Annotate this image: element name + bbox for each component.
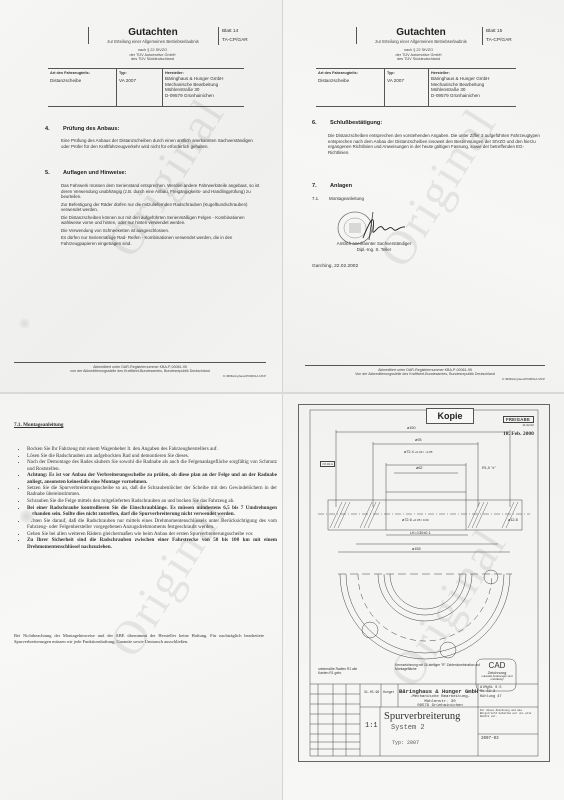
marking-note: Kennzeichnung mit 16-stelliger "R" Zahle… xyxy=(395,663,481,671)
titleblock-company: Bäringhaus & Hunger GmbH xyxy=(399,688,478,695)
sheet-info: Blatt 14 TA-CP/GAR xyxy=(218,27,248,45)
montage-step: Nach der Demontage des Rades säubern Sie… xyxy=(27,459,277,471)
dim-d72-6: ø72.6 +0.05 / 0.00 xyxy=(402,518,429,522)
section-7-item: 7.1.Montageanleitung xyxy=(312,196,512,202)
liability-note: Bei Nichtbeachtung der Montagehinweise u… xyxy=(14,633,264,644)
section-5-text: Das Fahrwerk müssen dem Serienstand ents… xyxy=(61,183,261,248)
titleblock-address: -Mechanische Bearbeitung- Mühlenstr. 30 … xyxy=(402,695,478,709)
part-spec-table-15: Art des Fahrzeugteils: Distanzscheibe Ty… xyxy=(316,68,516,107)
report-title: Gutachten xyxy=(89,27,217,38)
montage-step: Gehen Sie bei allen weiteren Rädern glei… xyxy=(27,531,277,537)
section-7-heading: 7.Anlagen xyxy=(312,183,352,189)
approval-stamp: FREIGABE 11.02.02 18. Feb. 2000 xyxy=(503,416,534,437)
copy-stamp: Kopie xyxy=(426,408,474,424)
surface-note: unbemaßte Radien R1 alle Kanten R1 gebr. xyxy=(318,667,368,675)
section-4-heading: 4.Prüfung des Anbaus: xyxy=(45,126,119,132)
legal-basis: nach § 22 StVZO der TÜV Automotive GmbH … xyxy=(90,48,215,62)
report-subtitle: zur Erteilung einer Allgemeinen Betriebs… xyxy=(89,39,217,44)
titleblock-material: AlMgSi 0.5 St 52-3 Kühlung 47 xyxy=(480,686,502,699)
report-header: Gutachten zur Erteilung einer Allgemeine… xyxy=(88,27,217,44)
place-and-date: Garching, 22.02.2002 xyxy=(312,264,512,270)
dim-d150: ø150 xyxy=(407,426,416,430)
titleblock-scale: 1:1 xyxy=(365,722,378,730)
cad-box: CAD Zeichnung manuelle Änderungen sind u… xyxy=(478,661,516,681)
montage-step: Setzen Sie die Spurverbreiterungsscheibe… xyxy=(27,485,277,497)
dim-d72-4: ø72.4 +0.03 / −0.05 xyxy=(404,450,432,454)
flatness-tolerance-box: ⏥0.02 A xyxy=(320,461,335,467)
part-spec-table: Art des Fahrzeugteils: Distanzscheibe Ty… xyxy=(48,68,244,107)
type-cell: Typ: VA 2007 xyxy=(119,71,136,84)
titleblock-system: System 2 xyxy=(391,724,425,732)
part-type-cell: Art des Fahrzeugteils: Distanzscheibe xyxy=(50,71,90,84)
fold-line-vertical xyxy=(282,0,283,800)
titleblock-copyright: Für diese Zeichnung und das Bürgerrecht … xyxy=(480,709,536,719)
dim-d155: ø155 xyxy=(412,547,421,551)
titleblock-date: 31.05.96 xyxy=(364,690,379,694)
montage-step-warning: Achtung: Es ist vor Anbau der Verbreiter… xyxy=(27,472,277,484)
montage-step-warning: Zu Ihrer Sicherheit sind die Radschraube… xyxy=(27,537,277,549)
dim-d12-8: ø12.8 xyxy=(508,518,518,522)
titleblock-drawing-number: 2007-03 xyxy=(481,737,499,741)
fold-line-horizontal xyxy=(0,392,564,394)
legal-basis-15: nach § 22 StVZO der TÜV Automotive GmbH … xyxy=(356,48,481,62)
dim-d93: ø93 xyxy=(415,438,422,442)
punch-hole xyxy=(20,510,33,523)
montage-step: Schrauben Sie die Felge mittels den mitg… xyxy=(27,498,277,504)
section-4-text: Eine Prüfung des Anbaus der Distanzschei… xyxy=(61,138,261,151)
report-header-15: Gutachten zur Erteilung einer Allgemeine… xyxy=(356,27,485,44)
sheet-info-15: Blatt 15 TA-CP/GAR xyxy=(482,27,512,45)
montage-step: Lösen Sie die Radschrauben am aufgebockt… xyxy=(27,453,277,459)
section-5-heading: 5.Auflagen und Hinweise: xyxy=(45,170,126,176)
montage-step: Achten Sie darauf, daß die Radschrauben … xyxy=(27,518,277,530)
page-15-footer: Akkreditiert unter DAR-Registriernummer … xyxy=(305,365,545,381)
titleblock-part-name: Spurverbreiterung xyxy=(384,711,460,722)
punch-hole xyxy=(19,318,30,329)
titleblock-type: Typ: 2007 xyxy=(392,740,419,746)
montage-step-warning: Bei einer Radschraube kontrollieren Sie … xyxy=(27,505,277,517)
dim-d62: ø62 xyxy=(416,466,423,470)
page-14-footer: Akkreditiert unter DAR-Registriernummer … xyxy=(14,362,266,378)
reference-code: TA-CP/GAR xyxy=(222,36,248,45)
signatory: Amtlich anerkannter Sachverständiger Dip… xyxy=(314,241,434,252)
titleblock-drawn-by: Hunger xyxy=(383,690,394,694)
montage-steps: Bocken Sie Ihr Fahrzeug mit einem Wagenh… xyxy=(14,446,277,550)
montage-title: 7.1. Montageanleitung xyxy=(14,422,63,428)
dim-bolt-circle: LK=130±0.1 xyxy=(410,531,431,535)
section-6-text: Die Distanzscheiben entsprechen den vors… xyxy=(328,133,540,157)
montage-step: Bocken Sie Ihr Fahrzeug mit einem Wagenh… xyxy=(27,446,277,452)
dim-r1: R1,0 "x" xyxy=(482,466,496,470)
sheet-number: Blatt 14 xyxy=(222,27,248,36)
section-6-heading: 6.Schlußbestätigung: xyxy=(312,120,382,126)
manufacturer-cell: Hersteller: Bäringhaus & Hunger GmbH Mec… xyxy=(165,71,223,98)
